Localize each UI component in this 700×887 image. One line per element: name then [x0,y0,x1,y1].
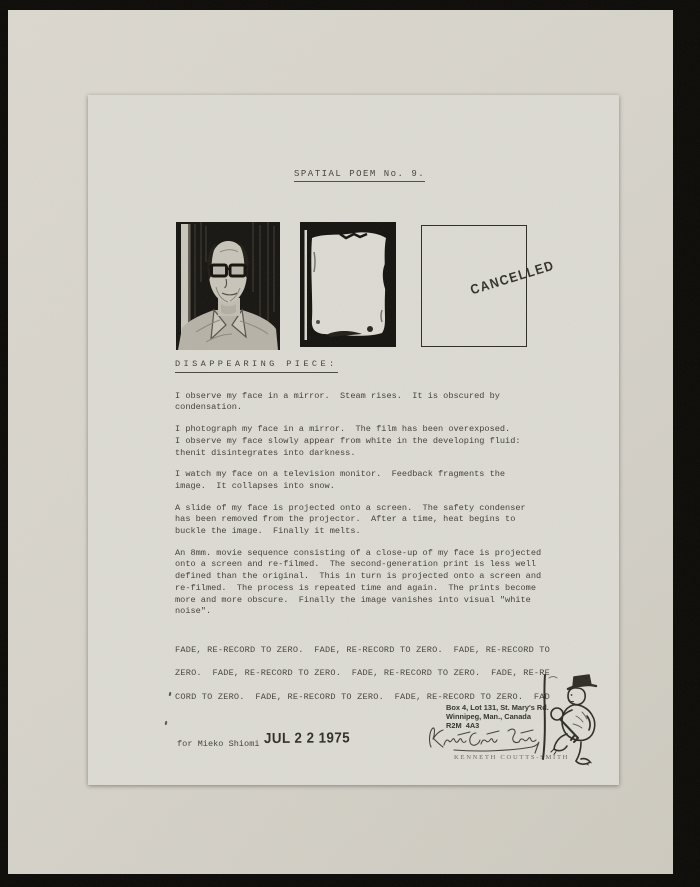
paragraph-1: I observe my face in a mirror. Steam ris… [175,391,585,414]
cancelled-frame: CANCELLED [421,225,527,347]
poem-text: DISAPPEARING PIECE: I observe my face in… [175,359,585,709]
cherub-stamp-drawing [540,672,610,772]
scanned-artwork: SPATIAL POEM No. 9. [0,0,700,887]
paragraph-4: A slide of my face is projected onto a s… [175,503,585,538]
paper-sheet: SPATIAL POEM No. 9. [88,95,619,785]
cancelled-stamp: CANCELLED [469,258,557,298]
paragraph-3: I watch my face on a television monitor.… [175,469,585,492]
overexposed-illustration [300,222,396,347]
paragraph-2: I photograph my face in a mirror. The fi… [175,424,585,459]
page-title: SPATIAL POEM No. 9. [294,169,425,182]
signature-strokes [424,722,546,754]
date-stamp: JUL 2 2 1975 [264,730,350,747]
portrait-photo [176,222,280,350]
overexposed-photo [300,222,396,347]
cherub-stamp [540,672,610,772]
dedication: for Mieko Shiomi [177,739,260,749]
paragraph-5: An 8mm. movie sequence consisting of a c… [175,548,585,618]
fade-refrain: FADE, RE-RECORD TO ZERO. FADE, RE-RECORD… [175,639,585,709]
signature [424,722,546,754]
section-heading: DISAPPEARING PIECE: [175,359,338,373]
stray-mark [165,721,168,725]
portrait-illustration [176,222,280,350]
stray-mark [169,692,172,696]
